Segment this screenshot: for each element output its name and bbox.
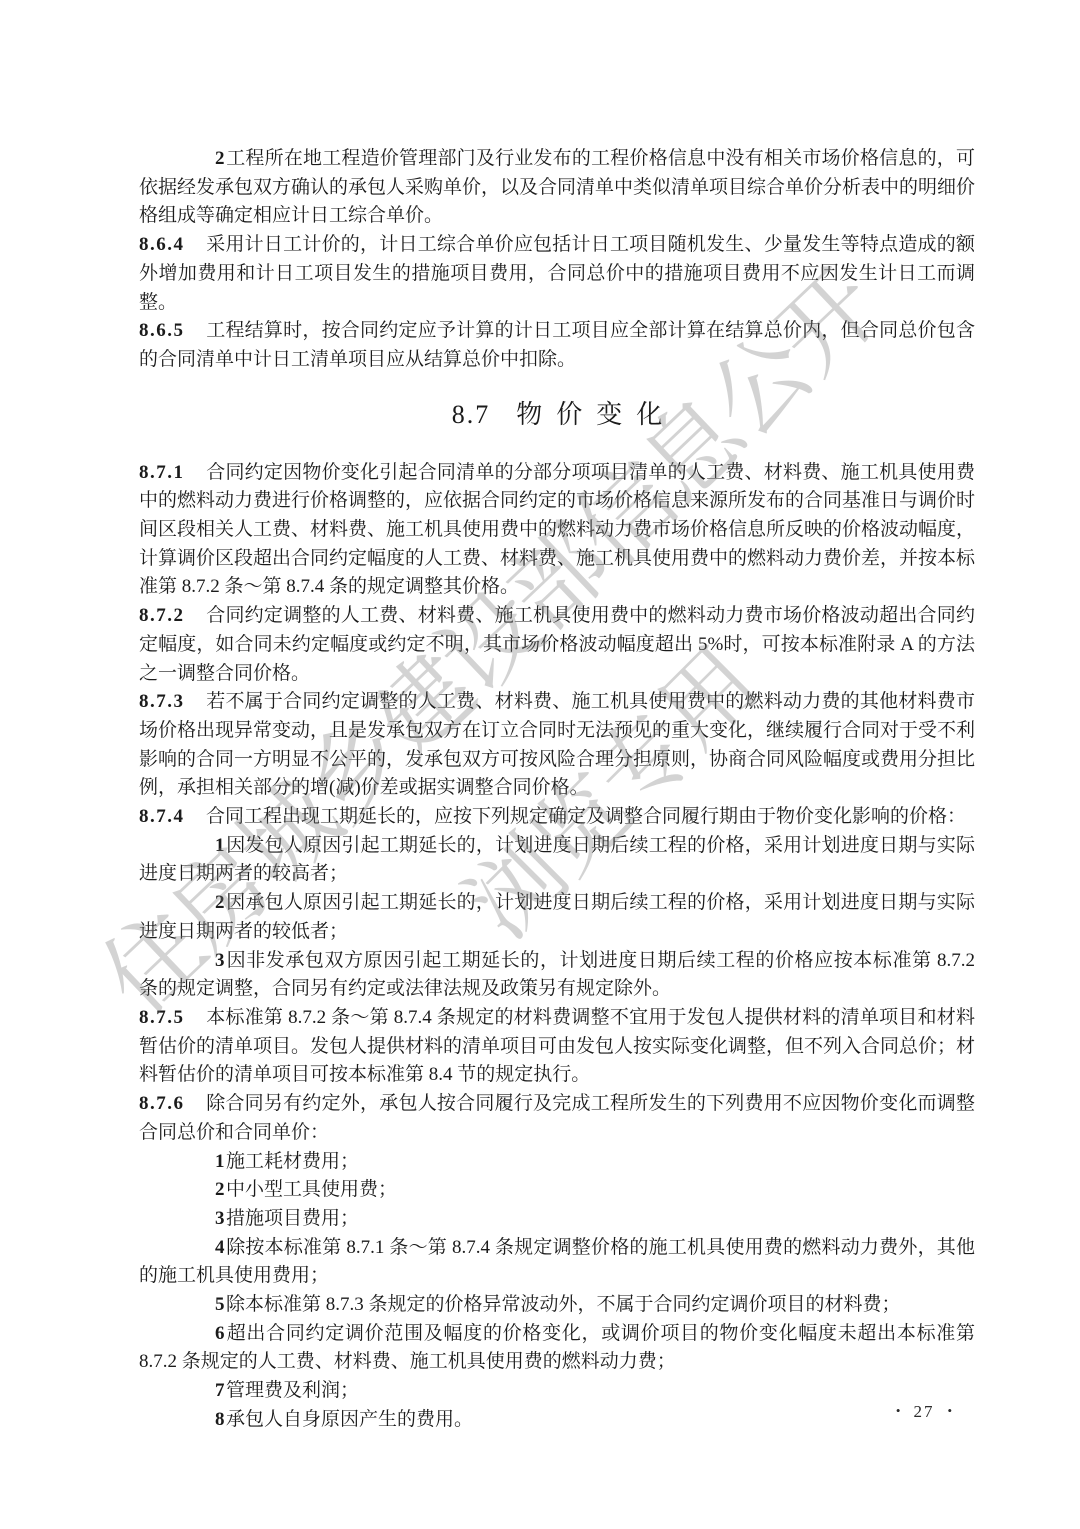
list-item-text: 除按本标准第 8.7.1 条～第 8.7.4 条规定调整价格的施工机具使用费的燃… [139,1237,975,1287]
list-item: 2中小型工具使用费； [139,1176,975,1205]
page-number: 27 [913,1402,934,1421]
clause-paragraph: 8.7.5本标准第 8.7.2 条～第 8.7.4 条规定的材料费调整不宜用于发… [139,1004,975,1090]
page-footer: •27• [896,1402,952,1422]
list-item: 6超出合同约定调价范围及幅度的价格变化，或调价项目的物价变化幅度未超出本标准第 … [139,1320,975,1377]
clause-paragraph: 8.7.4合同工程出现工期延长的，应按下列规定确定及调整合同履行期由于物价变化影… [139,803,975,832]
list-item-text: 因发包人原因引起工期延长的，计划进度日期后续工程的价格，采用计划进度日期与实际进… [139,835,975,885]
clause-text: 合同约定因物价变化引起合同清单的分部分项项目清单的人工费、材料费、施工机具使用费… [139,462,975,598]
section-heading: 8.7物价变化 [139,395,975,435]
list-item-number: 1 [177,1148,226,1177]
section-title: 物价变化 [516,400,676,429]
list-item: 3因非发承包双方原因引起工期延长的，计划进度日期后续工程的价格应按本标准第 8.… [139,947,975,1004]
clause-paragraph: 8.7.3若不属于合同约定调整的人工费、材料费、施工机具使用费中的燃料动力费的其… [139,688,975,803]
list-item: 2因承包人原因引起工期延长的，计划进度日期后续工程的价格，采用计划进度日期与实际… [139,889,975,946]
footer-dot-right: • [947,1403,952,1418]
clause-text: 工程结算时，按合同约定应予计算的计日工项目应全部计算在结算总价内，但合同总价包含… [139,320,975,370]
list-item-number: 6 [177,1320,226,1349]
list-item-number: 8 [177,1406,226,1435]
clause-text: 除合同另有约定外，承包人按合同履行及完成工程所发生的下列费用不应因物价变化而调整… [139,1093,975,1143]
list-item-text: 因非发承包双方原因引起工期延长的，计划进度日期后续工程的价格应按本标准第 8.7… [139,950,975,1000]
list-item: 1施工耗材费用； [139,1148,975,1177]
clause-number: 8.7.2 [139,602,206,631]
list-item: 8承包人自身原因产生的费用。 [139,1406,975,1435]
clause-text: 若不属于合同约定调整的人工费、材料费、施工机具使用费中的燃料动力费的其他材料费市… [139,691,975,798]
clause-paragraph: 8.6.5工程结算时，按合同约定应予计算的计日工项目应全部计算在结算总价内，但合… [139,317,975,374]
list-item-text: 工程所在地工程造价管理部门及行业发布的工程价格信息中没有相关市场价格信息的，可依… [139,148,975,226]
list-item-text: 中小型工具使用费； [226,1179,397,1200]
document-body: 2工程所在地工程造价管理部门及行业发布的工程价格信息中没有相关市场价格信息的，可… [139,145,975,1435]
list-item-number: 3 [177,947,226,976]
list-item-number: 3 [177,1205,226,1234]
clause-number: 8.7.5 [139,1004,206,1033]
list-item-text: 因承包人原因引起工期延长的，计划进度日期后续工程的价格，采用计划进度日期与实际进… [139,892,975,942]
list-item: 1因发包人原因引起工期延长的，计划进度日期后续工程的价格，采用计划进度日期与实际… [139,832,975,889]
list-item-text: 管理费及利润； [226,1380,359,1401]
clause-paragraph: 8.7.1合同约定因物价变化引起合同清单的分部分项项目清单的人工费、材料费、施工… [139,459,975,603]
list-item: 3措施项目费用； [139,1205,975,1234]
clause-text: 本标准第 8.7.2 条～第 8.7.4 条规定的材料费调整不宜用于发包人提供材… [139,1007,975,1085]
clause-paragraph: 8.6.4采用计日工计价的，计日工综合单价应包括计日工项目随机发生、少量发生等特… [139,231,975,317]
clause-paragraph: 8.7.2合同约定调整的人工费、材料费、施工机具使用费中的燃料动力费市场价格波动… [139,602,975,688]
clause-number: 8.7.4 [139,803,206,832]
list-item-number: 2 [177,145,226,174]
list-item-number: 2 [177,889,226,918]
clause-number: 8.6.5 [139,317,206,346]
clause-text: 合同约定调整的人工费、材料费、施工机具使用费中的燃料动力费市场价格波动超出合同约… [139,605,975,683]
list-item-text: 承包人自身原因产生的费用。 [226,1409,473,1430]
footer-dot-left: • [896,1403,901,1418]
list-item: 5除本标准第 8.7.3 条规定的价格异常波动外，不属于合同约定调价项目的材料费… [139,1291,975,1320]
list-item-text: 超出合同约定调价范围及幅度的价格变化，或调价项目的物价变化幅度未超出本标准第 8… [139,1323,975,1373]
list-item-text: 除本标准第 8.7.3 条规定的价格异常波动外，不属于合同约定调价项目的材料费； [226,1294,901,1315]
clause-number: 8.7.1 [139,459,206,488]
list-item: 4除按本标准第 8.7.1 条～第 8.7.4 条规定调整价格的施工机具使用费的… [139,1234,975,1291]
list-item-text: 措施项目费用； [226,1208,359,1229]
list-item: 2工程所在地工程造价管理部门及行业发布的工程价格信息中没有相关市场价格信息的，可… [139,145,975,231]
clause-number: 8.7.3 [139,688,206,717]
list-item-number: 4 [177,1234,226,1263]
clause-paragraph: 8.7.6除合同另有约定外，承包人按合同履行及完成工程所发生的下列费用不应因物价… [139,1090,975,1147]
clause-number: 8.7.6 [139,1090,206,1119]
document-page: 住房城乡建设部信息公开 浏览专用 2工程所在地工程造价管理部门及行业发布的工程价… [0,0,1080,1529]
clause-number: 8.6.4 [139,231,206,260]
list-item-number: 1 [177,832,226,861]
list-item: 7管理费及利润； [139,1377,975,1406]
list-item-number: 7 [177,1377,226,1406]
clause-text: 采用计日工计价的，计日工综合单价应包括计日工项目随机发生、少量发生等特点造成的额… [139,234,975,312]
list-item-number: 2 [177,1176,226,1205]
section-number: 8.7 [452,400,491,429]
list-item-number: 5 [177,1291,226,1320]
list-item-text: 施工耗材费用； [226,1151,359,1172]
clause-text: 合同工程出现工期延长的，应按下列规定确定及调整合同履行期由于物价变化影响的价格： [206,806,966,827]
